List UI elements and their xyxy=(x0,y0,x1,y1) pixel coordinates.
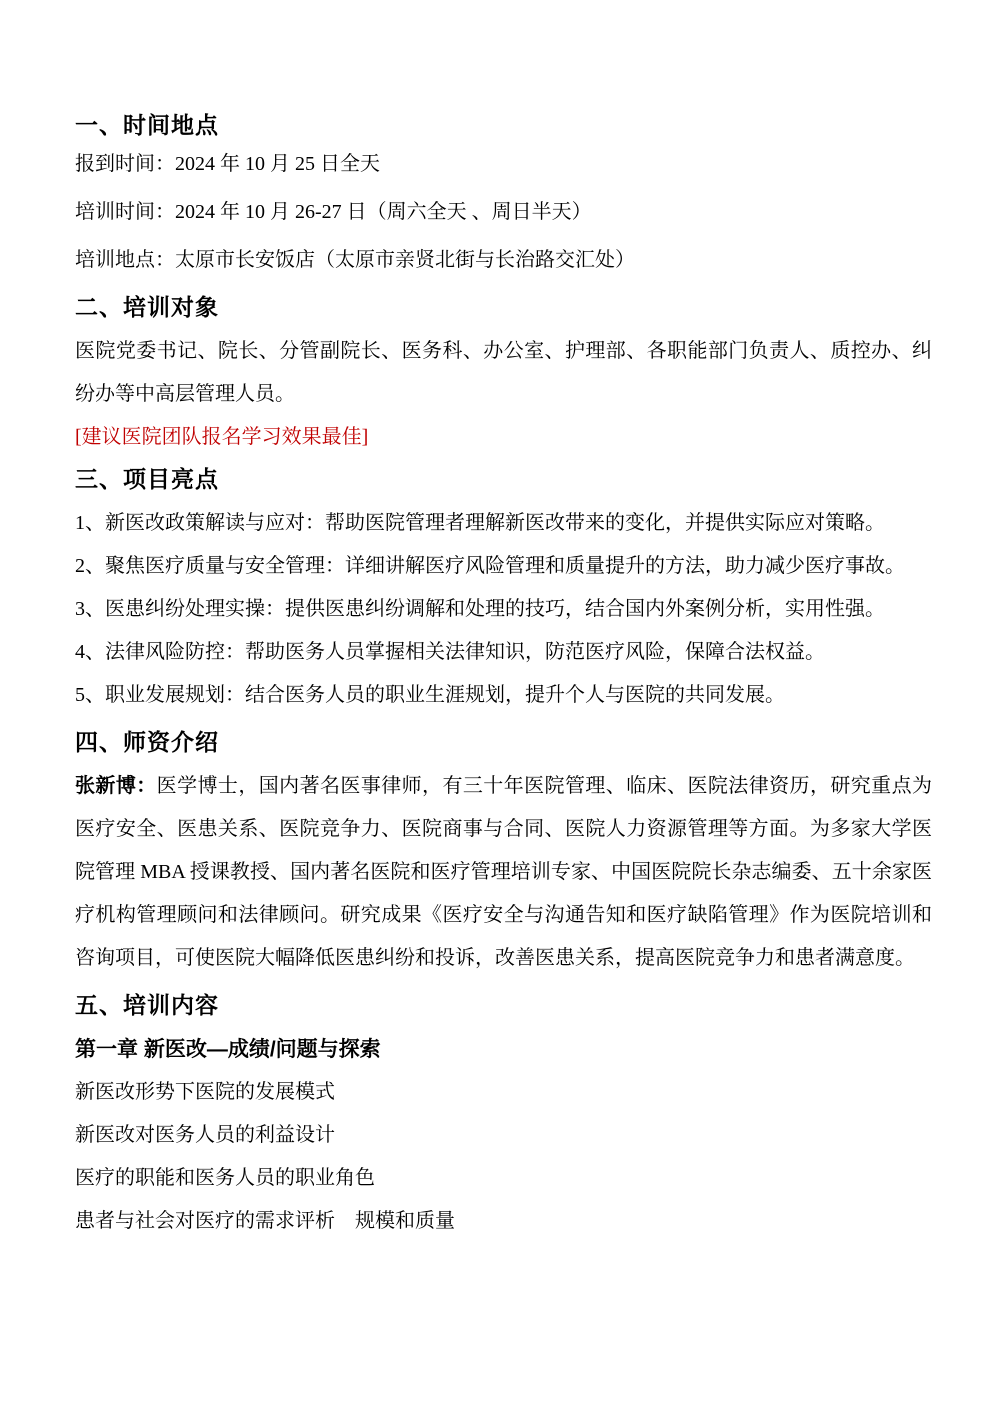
speaker-name: 张新博： xyxy=(75,775,157,797)
training-location-line: 培训地点：太原市长安饭店（太原市亲贤北街与长治路交汇处） xyxy=(75,244,932,276)
highlight-item-1: 1、新医改政策解读与应对：帮助医院管理者理解新医改带来的变化，并提供实际应对策略… xyxy=(75,502,932,545)
highlight-item-2: 2、聚焦医疗质量与安全管理：详细讲解医疗风险管理和质量提升的方法，助力减少医疗事… xyxy=(75,545,932,588)
highlight-item-5: 5、职业发展规划：结合医务人员的职业生涯规划，提升个人与医院的共同发展。 xyxy=(75,674,932,717)
registration-time-line: 报到时间：2024 年 10 月 25 日全天 xyxy=(75,148,932,180)
curriculum-line-2: 新医改对医务人员的利益设计 xyxy=(75,1114,932,1157)
section-heading-highlights: 三、项目亮点 xyxy=(75,464,932,494)
section-curriculum: 五、培训内容 第一章 新医改—成绩/问题与探索 新医改形势下医院的发展模式 新医… xyxy=(75,990,932,1243)
speaker-bio-text: 医学博士，国内著名医事律师，有三十年医院管理、临床、医院法律资历，研究重点为医疗… xyxy=(75,775,932,969)
curriculum-line-1: 新医改形势下医院的发展模式 xyxy=(75,1071,932,1114)
curriculum-line-4: 患者与社会对医疗的需求评析 规模和质量 xyxy=(75,1200,932,1243)
curriculum-line-3: 医疗的职能和医务人员的职业角色 xyxy=(75,1157,932,1200)
document-page: 一、时间地点 报到时间：2024 年 10 月 25 日全天 培训时间：2024… xyxy=(0,0,1000,1413)
section-time-location: 一、时间地点 报到时间：2024 年 10 月 25 日全天 培训时间：2024… xyxy=(75,110,932,276)
highlight-item-3: 3、医患纠纷处理实操：提供医患纠纷调解和处理的技巧，结合国内外案例分析，实用性强… xyxy=(75,588,932,631)
audience-body-text: 医院党委书记、院长、分管副院长、医务科、办公室、护理部、各职能部门负责人、质控办… xyxy=(75,330,932,416)
section-heading-time-location: 一、时间地点 xyxy=(75,110,932,140)
section-heading-audience: 二、培训对象 xyxy=(75,292,932,322)
section-highlights: 三、项目亮点 1、新医改政策解读与应对：帮助医院管理者理解新医改带来的变化，并提… xyxy=(75,464,932,717)
chapter-one-title: 第一章 新医改—成绩/问题与探索 xyxy=(75,1028,932,1071)
section-audience: 二、培训对象 医院党委书记、院长、分管副院长、医务科、办公室、护理部、各职能部门… xyxy=(75,292,932,454)
section-faculty: 四、师资介绍 张新博：医学博士，国内著名医事律师，有三十年医院管理、临床、医院法… xyxy=(75,727,932,980)
section-heading-curriculum: 五、培训内容 xyxy=(75,990,932,1020)
highlight-item-4: 4、法律风险防控：帮助医务人员掌握相关法律知识，防范医疗风险，保障合法权益。 xyxy=(75,631,932,674)
training-time-line: 培训时间：2024 年 10 月 26-27 日（周六全天 、周日半天） xyxy=(75,196,932,228)
section-heading-faculty: 四、师资介绍 xyxy=(75,727,932,757)
faculty-bio-paragraph: 张新博：医学博士，国内著名医事律师，有三十年医院管理、临床、医院法律资历，研究重… xyxy=(75,765,932,980)
team-signup-note: [建议医院团队报名学习效果最佳] xyxy=(75,420,932,454)
